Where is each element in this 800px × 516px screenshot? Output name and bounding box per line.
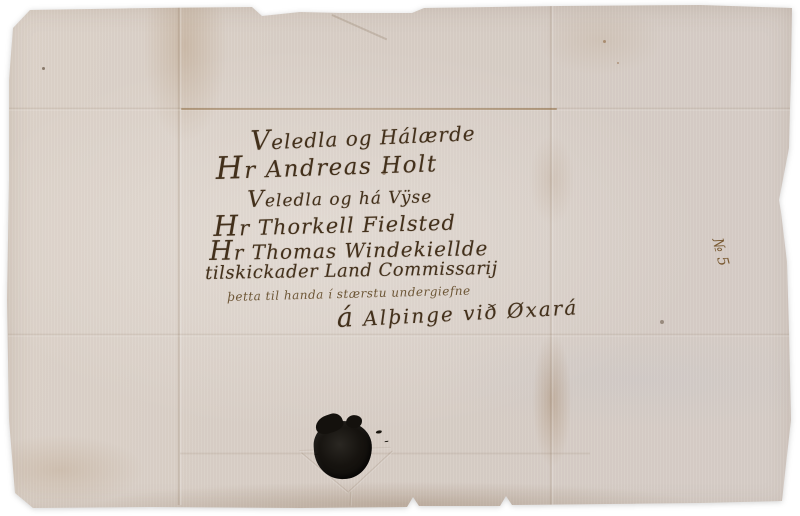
letter-sheet: Veledla og Hálærde Hr Andreas Holt Veled… <box>0 0 800 516</box>
address-line-title: tilskickader Land Commissarij <box>205 258 498 284</box>
address-line-recipient-1: Hr Andreas Holt <box>215 143 438 187</box>
letter-sheet-shadow: Veledla og Hálærde Hr Andreas Holt Veled… <box>0 0 800 516</box>
photo-background: Veledla og Hálærde Hr Andreas Holt Veled… <box>0 0 800 516</box>
address-block: Veledla og Hálærde Hr Andreas Holt Veled… <box>0 0 800 516</box>
